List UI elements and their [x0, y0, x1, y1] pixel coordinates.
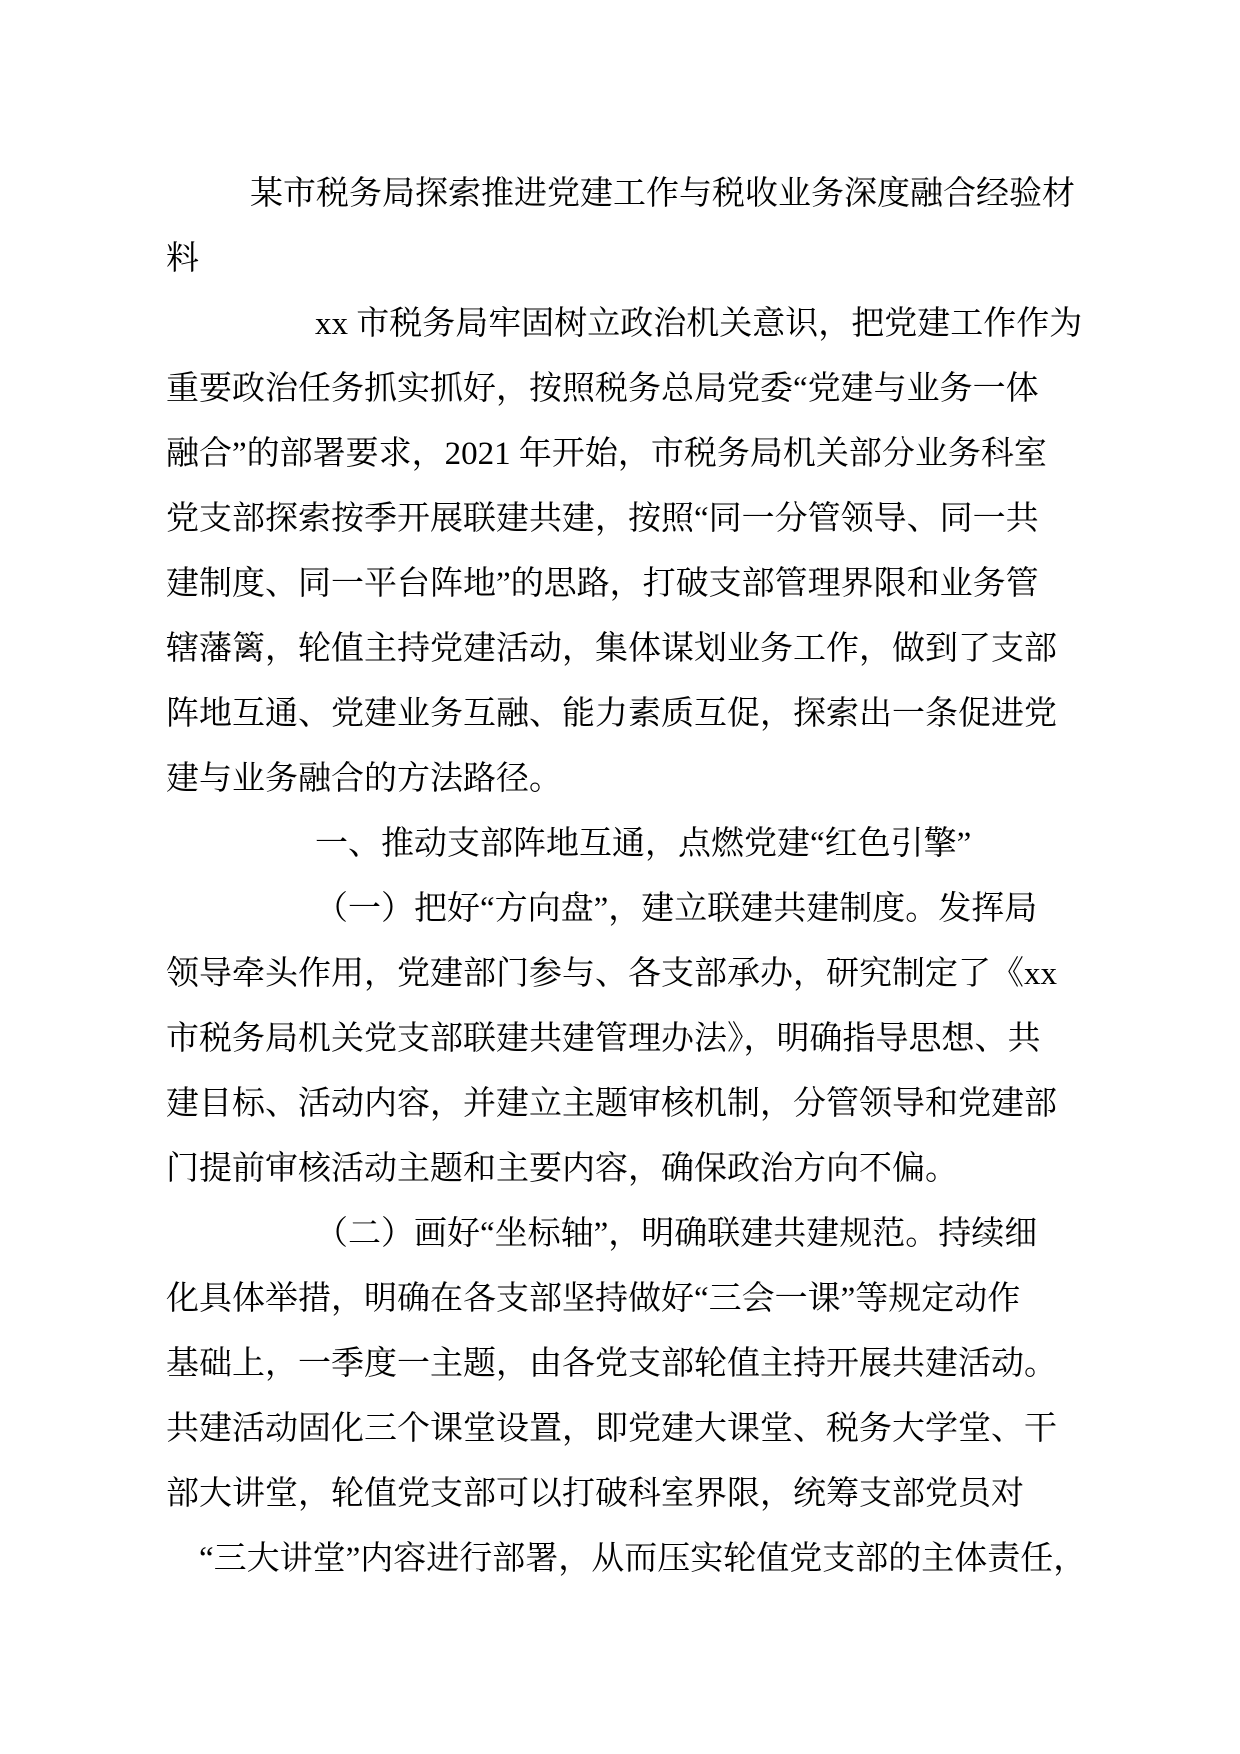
paragraph-item-2: （二）画好“坐标轴”，明确联建共建规范。持续细化具体举措，明确在各支部坚持做好“…: [166, 1202, 1100, 1592]
doc-title: 某市税务局探索推进党建工作与税收业务深度融合经验材料: [166, 162, 1100, 292]
text-line: 门提前审核活动主题和主要内容，确保政治方向不偏。: [166, 1137, 1100, 1202]
document-page: 某市税务局探索推进党建工作与税收业务深度融合经验材料xx 市税务局牢固树立政治机…: [0, 0, 1240, 1754]
text-line: 基础上，一季度一主题，由各党支部轮值主持开展共建活动。: [166, 1332, 1100, 1397]
text-line: “三大讲堂”内容进行部署，从而压实轮值党支部的主体责任，: [166, 1527, 1100, 1592]
text-line: 辖藩篱，轮值主持党建活动，集体谋划业务工作，做到了支部: [166, 617, 1100, 682]
text-line: 建目标、活动内容，并建立主题审核机制，分管领导和党建部: [166, 1072, 1100, 1137]
text-line: 阵地互通、党建业务互融、能力素质互促，探索出一条促进党: [166, 682, 1100, 747]
text-line: 建制度、同一平台阵地”的思路，打破支部管理界限和业务管: [166, 552, 1100, 617]
text-line: 一、推动支部阵地互通，点燃党建“红色引擎”: [166, 812, 1100, 877]
text-line: （一）把好“方向盘”，建立联建共建制度。发挥局: [166, 877, 1100, 942]
text-line: 党支部探索按季开展联建共建，按照“同一分管领导、同一共: [166, 487, 1100, 552]
document-content: 某市税务局探索推进党建工作与税收业务深度融合经验材料xx 市税务局牢固树立政治机…: [166, 162, 1100, 1592]
text-line: 重要政治任务抓实抓好，按照税务总局党委“党建与业务一体: [166, 357, 1100, 422]
section-heading-1: 一、推动支部阵地互通，点燃党建“红色引擎”: [166, 812, 1100, 877]
text-line: （二）画好“坐标轴”，明确联建共建规范。持续细: [166, 1202, 1100, 1267]
text-line: xx 市税务局牢固树立政治机关意识，把党建工作作为: [166, 292, 1100, 357]
text-line: 化具体举措，明确在各支部坚持做好“三会一课”等规定动作: [166, 1267, 1100, 1332]
text-line: 市税务局机关党支部联建共建管理办法》，明确指导思想、共: [166, 1007, 1100, 1072]
text-line: 某市税务局探索推进党建工作与税收业务深度融合经验材: [166, 162, 1100, 227]
paragraph-intro: xx 市税务局牢固树立政治机关意识，把党建工作作为重要政治任务抓实抓好，按照税务…: [166, 292, 1100, 812]
text-line: 建与业务融合的方法路径。: [166, 747, 1100, 812]
text-line: 共建活动固化三个课堂设置，即党建大课堂、税务大学堂、干: [166, 1397, 1100, 1462]
text-line: 部大讲堂，轮值党支部可以打破科室界限，统筹支部党员对: [166, 1462, 1100, 1527]
text-line: 料: [166, 227, 1100, 292]
paragraph-item-1: （一）把好“方向盘”，建立联建共建制度。发挥局领导牵头作用，党建部门参与、各支部…: [166, 877, 1100, 1202]
text-line: 领导牵头作用，党建部门参与、各支部承办，研究制定了《xx: [166, 942, 1100, 1007]
text-line: 融合”的部署要求，2021 年开始，市税务局机关部分业务科室: [166, 422, 1100, 487]
